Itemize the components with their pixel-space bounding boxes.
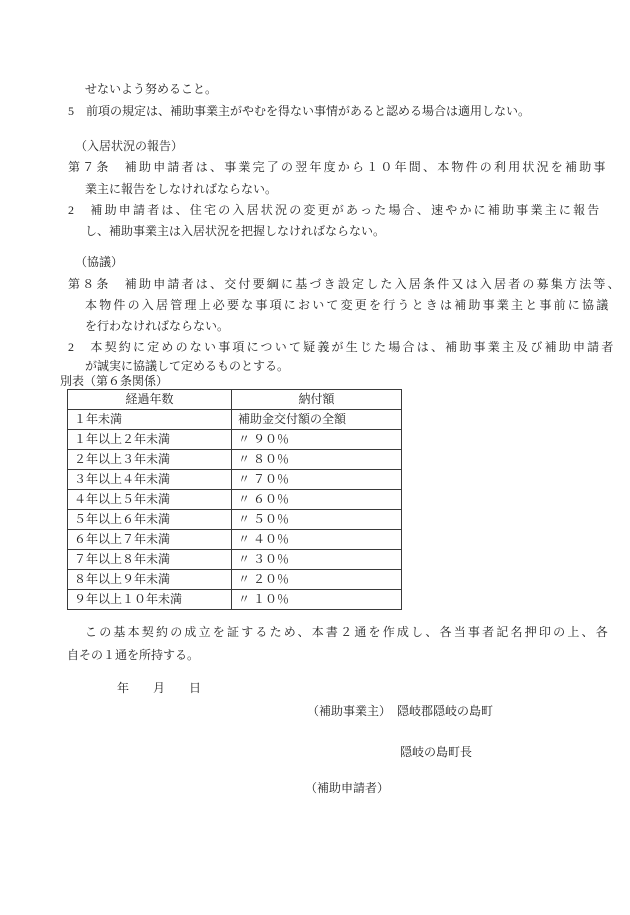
- elapsed-years-cell: ８年以上９年未満: [68, 570, 232, 590]
- payment-amount-cell: 〃 ８０％: [232, 450, 402, 470]
- table-row: １年以上２年未満 〃 ９０％: [68, 430, 402, 450]
- elapsed-years-cell: １年未満: [68, 410, 232, 430]
- table-header-row: 経過年数 納付額: [68, 390, 402, 410]
- elapsed-years-cell: ９年以上１０年未満: [68, 590, 232, 610]
- table-row: ４年以上５年未満 〃 ６０％: [68, 490, 402, 510]
- article-7-line-2: 業主に報告をしなければならない。: [85, 179, 277, 199]
- article-8-line-1: 第８条 補助申請者は、交付要綱に基づき設定した入居条件又は入居者の募集方法等、: [68, 274, 622, 294]
- heading-consultation: （協議）: [75, 252, 123, 272]
- signature-applicant: （補助申請者）: [305, 778, 389, 798]
- signature-mayor: 隠岐の島町長: [400, 742, 472, 762]
- payment-amount-cell: 〃 ６０％: [232, 490, 402, 510]
- table-row: ９年以上１０年未満 〃 １０％: [68, 590, 402, 610]
- clause-5-line: 5 前項の規定は、補助事業主がやむを得ない事情があると認める場合は適用しない。: [68, 101, 530, 121]
- payment-amount-cell: 〃 １０％: [232, 590, 402, 610]
- article-8-line-3: を行わなければならない。: [85, 316, 229, 336]
- table-row: ７年以上８年未満 〃 ３０％: [68, 550, 402, 570]
- elapsed-years-cell: ２年以上３年未満: [68, 450, 232, 470]
- article-8-line-2: 本物件の入居管理上必要な事項において変更を行うときは補助事業主と事前に協議: [85, 295, 610, 315]
- elapsed-years-cell: ６年以上７年未満: [68, 530, 232, 550]
- table-header-payment-amount: 納付額: [232, 390, 402, 410]
- payment-amount-cell: 〃 ３０％: [232, 550, 402, 570]
- article-7-2-line-2: し、補助事業主は入居状況を把握しなければならない。: [85, 221, 385, 241]
- table-row: ３年以上４年未満 〃 ７０％: [68, 470, 402, 490]
- table-row: １年未満 補助金交付額の全額: [68, 410, 402, 430]
- appendix-table-caption: 別表（第６条関係）: [60, 371, 168, 391]
- payment-amount-cell: 〃 ７０％: [232, 470, 402, 490]
- signature-subsidizer: （補助事業主） 隠岐郡隠岐の島町: [307, 701, 493, 721]
- elapsed-years-cell: ４年以上５年未満: [68, 490, 232, 510]
- date-line: 年 月 日: [117, 678, 201, 698]
- appendix-table: 経過年数 納付額 １年未満 補助金交付額の全額 １年以上２年未満 〃 ９０％ ２…: [67, 389, 402, 610]
- table-row: ２年以上３年未満 〃 ８０％: [68, 450, 402, 470]
- article-8-2-line-1: 2 本契約に定めのない事項について疑義が生じた場合は、補助事業主及び補助申請者: [68, 337, 616, 357]
- heading-occupancy-report: （入居状況の報告）: [75, 136, 183, 156]
- elapsed-years-cell: ７年以上８年未満: [68, 550, 232, 570]
- payment-amount-cell: 〃 ４０％: [232, 530, 402, 550]
- payment-amount-cell: 〃 ２０％: [232, 570, 402, 590]
- elapsed-years-cell: １年以上２年未満: [68, 430, 232, 450]
- table-row: ８年以上９年未満 〃 ２０％: [68, 570, 402, 590]
- table-row: ５年以上６年未満 〃 ５０％: [68, 510, 402, 530]
- article-7-2-line-1: 2 補助申請者は、住宅の入居状況の変更があった場合、速やかに補助事業主に報告: [68, 200, 601, 220]
- clause-continuation-line: せないよう努めること。: [85, 79, 217, 99]
- document-page: せないよう努めること。 5 前項の規定は、補助事業主がやむを得ない事情があると認…: [0, 0, 630, 915]
- article-7-line-1: 第７条 補助申請者は、事業完了の翌年度から１０年間、本物件の利用状況を補助事: [68, 157, 608, 177]
- table-row: ６年以上７年未満 〃 ４０％: [68, 530, 402, 550]
- payment-amount-cell: 〃 ９０％: [232, 430, 402, 450]
- closing-line-2: 自その１通を所持する。: [67, 645, 199, 665]
- payment-amount-cell: 〃 ５０％: [232, 510, 402, 530]
- closing-line-1: この基本契約の成立を証するため、本書２通を作成し、各当事者記名押印の上、各: [85, 622, 610, 642]
- table-header-elapsed-years: 経過年数: [68, 390, 232, 410]
- elapsed-years-cell: ３年以上４年未満: [68, 470, 232, 490]
- elapsed-years-cell: ５年以上６年未満: [68, 510, 232, 530]
- payment-amount-cell: 補助金交付額の全額: [232, 410, 402, 430]
